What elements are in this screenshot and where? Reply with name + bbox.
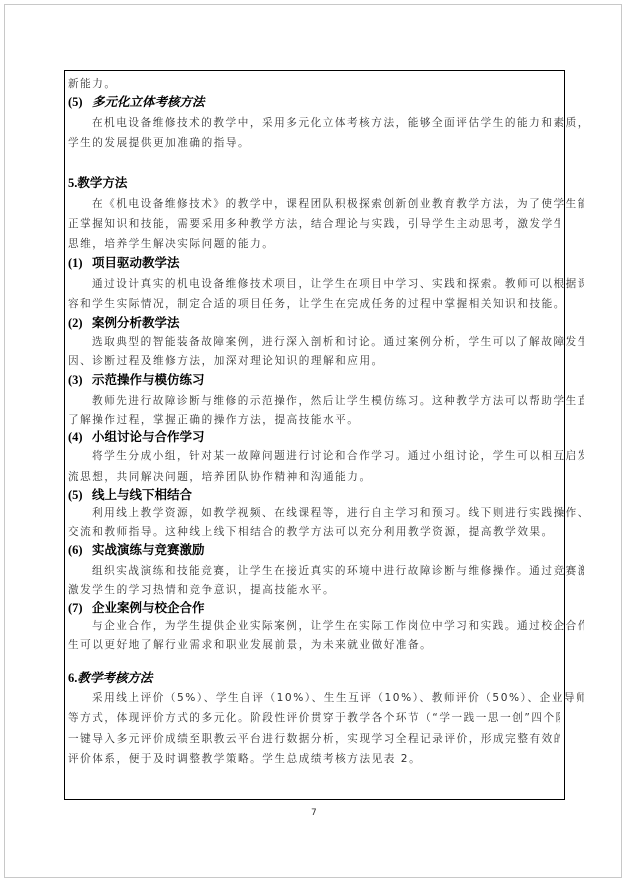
paragraph-line: 了解操作过程，掌握正确的操作方法，提高技能水平。 [68,413,560,427]
method-number: (2) [68,316,83,330]
continuation-text: 新能力。 [68,77,560,91]
paragraph-line: 容和学生实际情况，制定合适的项目任务，让学生在完成任务的过程中掌握相关知识和技能… [68,297,560,311]
paragraph-line: 因、诊断过程及维修方法，加深对理论知识的理解和应用。 [68,354,560,368]
paragraph-line: 交流和教师指导。这种线上线下相结合的教学方法可以充分利用教学资源，提高教学效果。 [68,525,560,539]
method-number: (4) [68,430,83,444]
paragraph-line: 一键导入多元评价成绩至职教云平台进行数据分析，实现学习全程记录评价，形成完整有效… [68,732,560,746]
method-number: (6) [68,543,83,557]
subsection-number: (5) [68,95,83,109]
section-heading-teaching-methods: 5.教学方法 [68,175,127,191]
method-number: (1) [68,256,83,270]
paragraph-line: 思维，培养学生解决实际问题的能力。 [68,237,560,251]
method-title: 示范操作与模仿练习 [92,372,205,387]
method-number: (3) [68,373,83,387]
method-title: 实战演练与竞赛激励 [92,542,205,557]
paragraph-line: 与企业合作，为学生提供企业实际案例，让学生在实际工作岗位中学习和实践。通过校企合… [68,619,584,633]
section-heading-assessment-methods: 6.教学考核方法 [68,670,152,686]
section-number: 6. [68,671,77,685]
paragraph-line: 正掌握知识和技能，需要采用多种教学方法，结合理论与实践，引导学生主动思考，激发学… [68,217,560,231]
paragraph-line: 将学生分成小组，针对某一故障问题进行讨论和合作学习。通过小组讨论，学生可以相互启… [68,449,584,463]
paragraph-line: 学生的发展提供更加准确的指导。 [68,136,560,150]
subsection-heading-evaluation: (5) 多元化立体考核方法 [68,94,204,110]
paragraph-line: 评价体系，便于及时调整教学策略。学生总成绩考核方法见表 2。 [68,752,560,766]
method-heading-competition: (6) 实战演练与竞赛激励 [68,542,204,558]
paragraph-line: 组织实战演练和技能竞赛，让学生在接近真实的环境中进行故障诊断与维修操作。通过竞赛… [68,564,584,578]
subsection-title: 多元化立体考核方法 [92,94,205,109]
paragraph-line: 等方式，体现评价方式的多元化。阶段性评价贯穿于教学各个环节（“学一践一思一创”四… [68,711,560,725]
method-title: 项目驱动教学法 [92,255,180,270]
method-number: (5) [68,488,83,502]
page-number: 7 [311,808,317,818]
paragraph-line: 在《机电设备维修技术》的教学中，课程团队积极探索创新创业教育教学方法，为了使学生… [68,197,584,211]
paragraph-line: 生可以更好地了解行业需求和职业发展前景，为未来就业做好准备。 [68,638,560,652]
paragraph-line: 利用线上教学资源，如教学视频、在线课程等，进行自主学习和预习。线下则进行实践操作… [68,506,584,520]
method-title: 企业案例与校企合作 [92,600,205,615]
method-title: 案例分析教学法 [92,315,180,330]
method-heading-demonstration: (3) 示范操作与模仿练习 [68,372,204,388]
paragraph-line: 选取典型的智能装备故障案例，进行深入剖析和讨论。通过案例分析，学生可以了解故障发… [68,335,584,349]
paragraph-line: 通过设计真实的机电设备维修技术项目，让学生在项目中学习、实践和探索。教师可以根据… [68,277,584,291]
section-number: 5. [68,176,77,190]
section-title: 教学考核方法 [77,670,152,685]
method-heading-enterprise-cooperation: (7) 企业案例与校企合作 [68,600,204,616]
method-heading-case-analysis: (2) 案例分析教学法 [68,315,179,331]
paragraph-line: 激发学生的学习热情和竞争意识，提高技能水平。 [68,583,560,597]
paragraph-line: 教师先进行故障诊断与维修的示范操作，然后让学生模仿练习。这种教学方法可以帮助学生… [68,394,584,408]
paragraph-line: 采用线上评价（5%）、学生自评（10%）、生生互评（10%）、教师评价（50%）… [68,691,584,705]
paragraph-line: 在机电设备维修技术的教学中，采用多元化立体考核方法，能够全面评估学生的能力和素质… [68,116,584,130]
method-heading-group-discussion: (4) 小组讨论与合作学习 [68,429,204,445]
method-number: (7) [68,601,83,615]
section-title: 教学方法 [77,175,127,190]
method-title: 线上与线下相结合 [92,487,192,502]
method-title: 小组讨论与合作学习 [92,429,205,444]
method-heading-blended: (5) 线上与线下相结合 [68,487,192,503]
paragraph-line: 流思想，共同解决问题，培养团队协作精神和沟通能力。 [68,470,560,484]
method-heading-project-driven: (1) 项目驱动教学法 [68,255,179,271]
